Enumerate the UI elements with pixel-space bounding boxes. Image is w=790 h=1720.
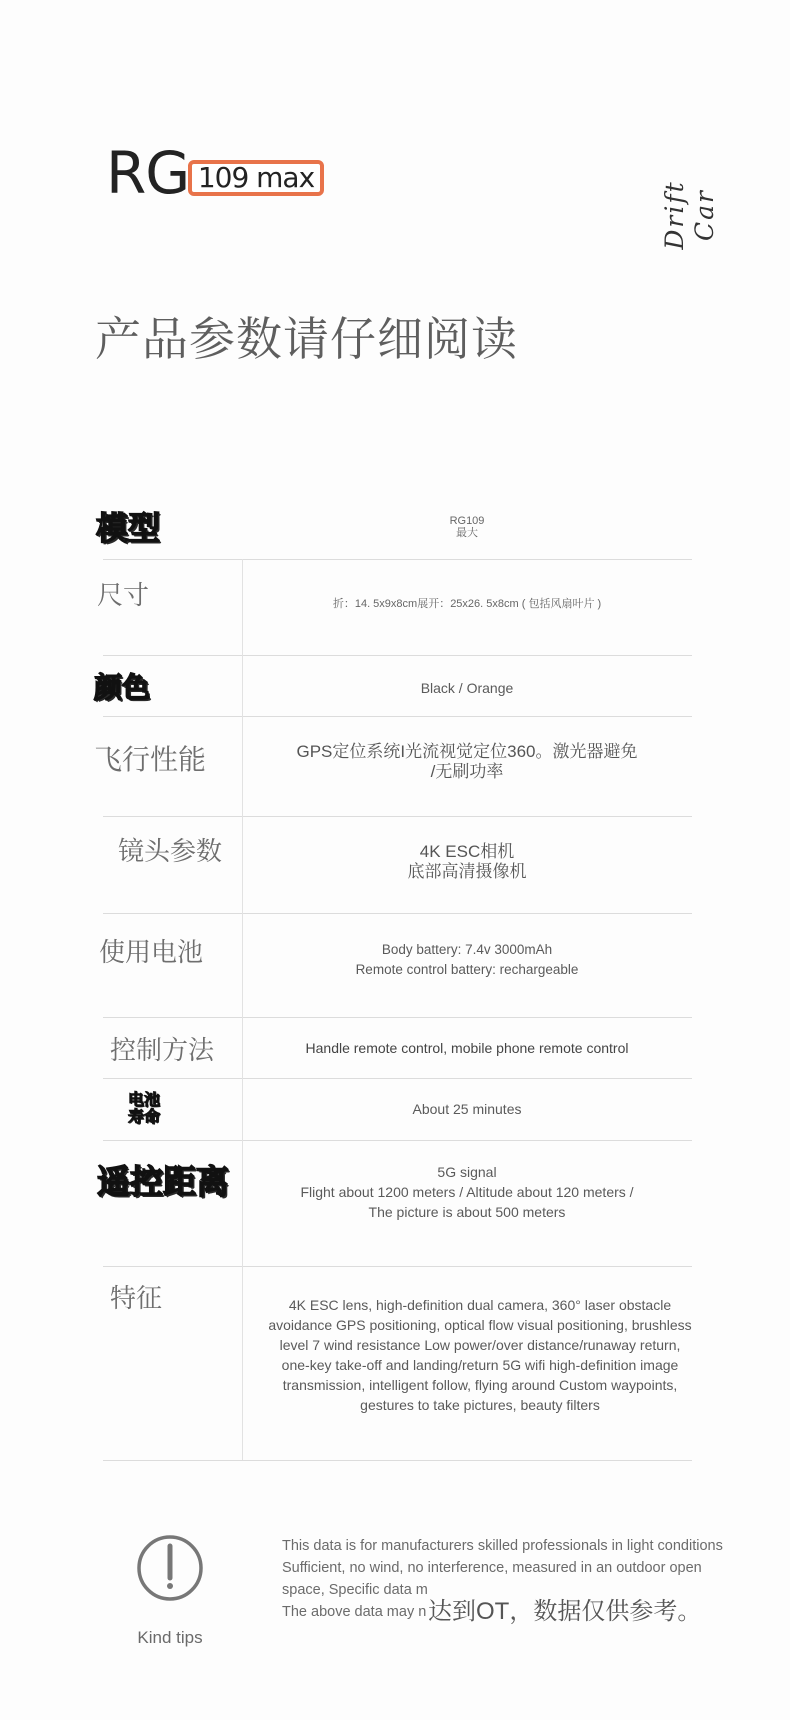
spec-value-line: The picture is about 500 meters [242, 1202, 692, 1222]
exclamation-circle-icon [135, 1533, 205, 1603]
row-divider [103, 1017, 692, 1018]
spec-value-line: RG109 [242, 515, 692, 527]
spec-value-line: 最大 [242, 527, 692, 539]
spec-value-line: /无刷功率 [242, 762, 692, 782]
spec-value: GPS定位系统I光流视觉定位360。激光器避免 /无刷功率 [242, 742, 692, 782]
spec-label: 遥控距离 [97, 1163, 229, 1201]
kind-tips-label: Kind tips [120, 1627, 220, 1649]
tips-line: This data is for manufacturers skilled p… [282, 1535, 723, 1557]
spec-value: Body battery: 7.4v 3000mAh Remote contro… [242, 940, 692, 980]
spec-label-line: 电池 [128, 1092, 160, 1109]
tagline-drift-car: Drift Car [660, 153, 690, 277]
row-divider [103, 655, 692, 656]
spec-value-line: 4K ESC相机 [242, 842, 692, 862]
spec-label: 特征 [110, 1282, 162, 1314]
spec-value-line: avoidance GPS positioning, optical flow … [250, 1315, 710, 1335]
spec-value-line: one-key take-off and landing/return 5G w… [250, 1355, 710, 1375]
spec-value-line: GPS定位系统I光流视觉定位360。激光器避免 [242, 742, 692, 762]
spec-value-line: Body battery: 7.4v 3000mAh [242, 940, 692, 960]
spec-value-line: transmission, intelligent follow, flying… [250, 1375, 710, 1395]
spec-value: About 25 minutes [242, 1099, 692, 1119]
spec-label-line: 寿命 [128, 1109, 160, 1126]
logo-prefix: RG [106, 138, 189, 208]
spec-label: 控制方法 [110, 1034, 214, 1066]
spec-label: 电池 寿命 [128, 1092, 160, 1126]
spec-value-line: 底部高清摄像机 [242, 862, 692, 882]
spec-value-line: gestures to take pictures, beauty filter… [250, 1395, 710, 1415]
spec-value-line: About 25 minutes [242, 1099, 692, 1119]
logo-model-text: 109 max [198, 164, 314, 192]
spec-label: 颜色 [94, 671, 150, 705]
row-divider [103, 559, 692, 560]
spec-value-line: 折：14. 5x9x8cm展开：25x26. 5x8cm ( 包括风扇叶片 ) [242, 598, 692, 610]
logo-model-badge: 109 max [188, 160, 324, 196]
spec-label: 尺寸 [97, 579, 149, 611]
spec-label: 模型 [96, 509, 160, 547]
row-divider [103, 1460, 692, 1461]
row-divider [103, 716, 692, 717]
row-divider [103, 1078, 692, 1079]
tips-line: Sufficient, no wind, no interference, me… [282, 1557, 723, 1579]
spec-value: Handle remote control, mobile phone remo… [242, 1038, 692, 1058]
row-divider [103, 913, 692, 914]
row-divider [103, 1266, 692, 1267]
spec-value: 折：14. 5x9x8cm展开：25x26. 5x8cm ( 包括风扇叶片 ) [242, 598, 692, 610]
spec-value: Black / Orange [242, 678, 692, 698]
tips-overlay-text: 达到OT，数据仅供参考。 [428, 1597, 701, 1627]
row-divider [103, 816, 692, 817]
spec-label: 使用电池 [99, 936, 203, 968]
spec-value: 4K ESC lens, high-definition dual camera… [250, 1295, 710, 1415]
spec-label: 镜头参数 [118, 835, 222, 867]
spec-value: 5G signal Flight about 1200 meters / Alt… [242, 1162, 692, 1222]
spec-value-line: Handle remote control, mobile phone remo… [242, 1038, 692, 1058]
spec-value-line: Black / Orange [242, 678, 692, 698]
spec-value: RG109 最大 [242, 515, 692, 539]
page-title: 产品参数请仔细阅读 [95, 310, 518, 368]
spec-label: 飞行性能 [94, 743, 206, 777]
spec-value: 4K ESC相机 底部高清摄像机 [242, 842, 692, 882]
spec-value-line: Remote control battery: rechargeable [242, 960, 692, 980]
spec-value-line: level 7 wind resistance Low power/over d… [250, 1335, 710, 1355]
spec-value-line: 4K ESC lens, high-definition dual camera… [250, 1295, 710, 1315]
row-divider [103, 1140, 692, 1141]
spec-value-line: Flight about 1200 meters / Altitude abou… [242, 1182, 692, 1202]
spec-value-line: 5G signal [242, 1162, 692, 1182]
